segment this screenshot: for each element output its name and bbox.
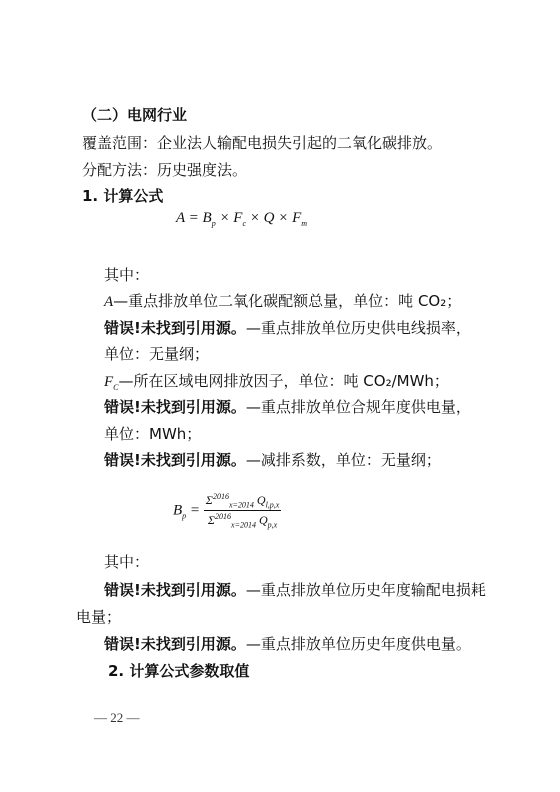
ref-error: 错误!未找到引用源。 xyxy=(104,635,246,653)
def-bp-unit: 单位：无量纲； xyxy=(104,344,209,364)
symbol-fc: FC xyxy=(104,374,119,390)
symbol-a: A xyxy=(104,294,113,310)
heading-params: 2. 计算公式参数取值 xyxy=(108,661,249,681)
ref-error: 错误!未找到引用源。 xyxy=(104,319,246,337)
ref-error: 错误!未找到引用源。 xyxy=(104,581,246,599)
def-ql-cont: 电量； xyxy=(76,607,121,627)
def-qp: 错误!未找到引用源。—重点排放单位历史年度供电量。 xyxy=(104,634,471,654)
section-title: （二）电网行业 xyxy=(82,105,187,125)
heading-formula: 1. 计算公式 xyxy=(82,186,163,206)
def-fm: 错误!未找到引用源。—减排系数，单位：无量纲； xyxy=(104,450,441,470)
def-bp: 错误!未找到引用源。—重点排放单位历史供电线损率， xyxy=(104,318,471,338)
where-label-2: 其中： xyxy=(104,552,149,572)
ref-error: 错误!未找到引用源。 xyxy=(104,451,246,469)
formula-bp: Bp = Σ2016x=2014 Ql,p,xΣ2016x=2014 Qp,x xyxy=(173,492,281,530)
def-a: A—重点排放单位二氧化碳配额总量，单位：吨 CO₂； xyxy=(104,291,461,312)
def-fc: FC—所在区域电网排放因子，单位：吨 CO₂/MWh； xyxy=(104,371,449,398)
def-q-unit: 单位：MWh； xyxy=(104,424,201,444)
def-q: 错误!未找到引用源。—重点排放单位合规年度供电量， xyxy=(104,397,471,417)
coverage-text: 覆盖范围：企业法人输配电损失引起的二氧化碳排放。 xyxy=(82,133,442,153)
page-number: — 22 — xyxy=(94,710,140,726)
def-ql: 错误!未找到引用源。—重点排放单位历史年度输配电损耗 xyxy=(104,580,486,600)
formula-a: A = Bp × Fc × Q × Fm xyxy=(176,210,307,228)
ref-error: 错误!未找到引用源。 xyxy=(104,398,246,416)
where-label-1: 其中： xyxy=(104,265,149,285)
method-text: 分配方法：历史强度法。 xyxy=(82,160,247,180)
